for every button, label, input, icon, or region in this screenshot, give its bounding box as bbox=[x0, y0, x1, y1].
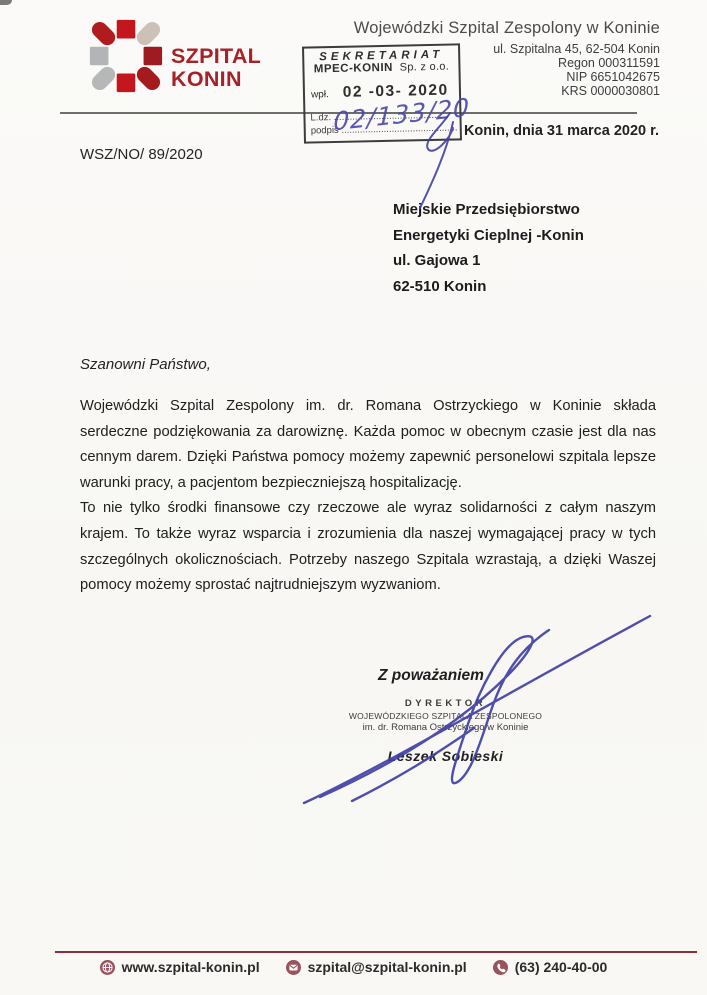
letter-date: Konin, dnia 31 marca 2020 r. bbox=[464, 123, 659, 139]
footer-website-text: www.szpital-konin.pl bbox=[122, 959, 260, 975]
signatory-name: Leszek Sobieski bbox=[318, 748, 573, 764]
footer-phone: (63) 240-40-00 bbox=[493, 959, 608, 975]
recipient-line: 62-510 Konin bbox=[393, 274, 584, 300]
stamp-org: MPEC-KONIN Sp. z o.o. bbox=[304, 60, 458, 75]
stamp-org-name: MPEC-KONIN bbox=[314, 62, 393, 76]
recipient-block: Miejskie Przedsiębiorstwo Energetyki Cie… bbox=[393, 197, 584, 299]
signatory-title: DYREKTOR bbox=[318, 698, 573, 709]
recipient-line: Energetyki Cieplnej -Konin bbox=[393, 223, 584, 249]
reference-number: WSZ/NO/ 89/2020 bbox=[80, 146, 203, 163]
footer-phone-text: (63) 240-40-00 bbox=[515, 959, 608, 975]
footer-website: www.szpital-konin.pl bbox=[100, 959, 260, 975]
logo-wordmark: SZPITAL KONIN bbox=[171, 45, 261, 91]
closing-phrase: Z poważaniem bbox=[378, 667, 484, 685]
logo-word-line1: SZPITAL bbox=[171, 45, 261, 68]
body-paragraph-1: Wojewódzki Szpital Zespolony im. dr. Rom… bbox=[80, 394, 656, 496]
footer-email-text: szpital@szpital-konin.pl bbox=[308, 959, 467, 975]
signatory-block: DYREKTOR WOJEWÓDZKIEGO SZPITALA ZESPOLON… bbox=[318, 698, 573, 764]
recipient-line: ul. Gajowa 1 bbox=[393, 248, 584, 274]
phone-icon bbox=[493, 960, 508, 975]
body-paragraph-2: To nie tylko środki finansowe czy rzeczo… bbox=[80, 496, 656, 598]
signatory-org-line1: WOJEWÓDZKIEGO SZPITALA ZESPOLONEGO bbox=[318, 711, 573, 721]
envelope-icon bbox=[286, 960, 301, 975]
scanned-letter: SZPITAL KONIN Wojewódzki Szpital Zespolo… bbox=[0, 0, 707, 995]
logo-word-line2: KONIN bbox=[171, 68, 261, 91]
hospital-logo-icon bbox=[86, 16, 166, 96]
salutation: Szanowni Państwo, bbox=[80, 356, 211, 373]
footer-contact-row: www.szpital-konin.pl szpital@szpital-kon… bbox=[0, 959, 707, 975]
globe-icon bbox=[100, 960, 115, 975]
recipient-line: Miejskie Przedsiębiorstwo bbox=[393, 197, 584, 223]
footer-divider bbox=[55, 951, 697, 953]
scan-artifact-corner bbox=[0, 0, 12, 5]
stamp-org-suffix: Sp. z o.o. bbox=[400, 61, 450, 74]
organization-name: Wojewódzki Szpital Zespolony w Koninie bbox=[354, 19, 660, 38]
signatory-org-line2: im. dr. Romana Ostrzyckiego w Koninie bbox=[318, 722, 573, 733]
footer-email: szpital@szpital-konin.pl bbox=[286, 959, 467, 975]
stamp-received-label: wpł. bbox=[311, 89, 329, 100]
letter-body: Wojewódzki Szpital Zespolony im. dr. Rom… bbox=[80, 394, 656, 599]
